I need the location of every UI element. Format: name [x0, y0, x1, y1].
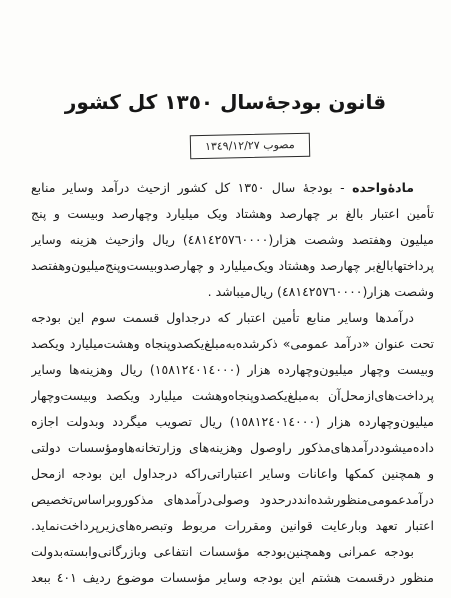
- paragraph: درآمدها وسایر منابع تأمین اعتبار که درجد…: [31, 305, 434, 539]
- text-line: پرداخت‌های‌ازمحل‌آن به‌مبلغ‌یکصدوپنجاه‌و…: [31, 383, 434, 409]
- text-line: مادهٔ‌واحده - بودجهٔ سال ١٣٥٠ کل کشور از…: [31, 175, 434, 201]
- text-line: تحت عنوان «درآمد عمومی» ذکرشده‌به‌مبلغ‌ی…: [31, 331, 434, 357]
- text-line: اعتبار تعهد وبارعایت قوانین ومقررات مربو…: [31, 513, 434, 539]
- text-line: درآمدها وسایر منابع تأمین اعتبار که درجد…: [31, 305, 434, 331]
- text-line: میلیون‌وچهارده هزار (١٥٨١٢٤٠١٤٠٠٠) ریال …: [31, 409, 434, 435]
- text-line: وشصت هزار(٤٨١٤٢٥٧٦٠٠٠٠) ریال‌میباشد .: [31, 279, 434, 305]
- paragraph: مادهٔ‌واحده - بودجهٔ سال ١٣٥٠ کل کشور از…: [31, 175, 434, 305]
- text-line: داده‌میشوددرآمدهای‌مذکور راوصول وهزینه‌ه…: [31, 435, 434, 461]
- text-line: و همچنین کمکها واعانات وسایر اعتباراتی‌ر…: [31, 461, 434, 487]
- document-title: قانون بودجهٔ‌سال ١٣٥٠ کل کشور: [0, 84, 451, 120]
- approval-stamp: مصوب ١٣٤٩/١٢/٢٧: [189, 133, 309, 160]
- text-line: بودجه عمرانی وهمچنین‌بودجه مؤسسات انتفاع…: [31, 539, 434, 565]
- article-lead: مادهٔ‌واحده: [352, 180, 414, 195]
- text-line: منظور درقسمت هشتم این بودجه وسایر مؤسسات…: [31, 565, 434, 591]
- document-body: مادهٔ‌واحده - بودجهٔ سال ١٣٥٠ کل کشور از…: [31, 175, 434, 591]
- approval-stamp-row: مصوب ١٣٤٩/١٢/٢٧: [0, 134, 451, 168]
- text-line: درآمدعمومی‌منظورشده‌انددرحدود وصولی‌درآم…: [31, 487, 434, 513]
- text-line: تأمین اعتبار بالغ بر چهارصد وهشتاد ویک م…: [31, 201, 434, 227]
- text-line: پرداختهابالغ‌بر چهارصد وهشتاد ویک‌میلیار…: [31, 253, 434, 279]
- paragraph: بودجه عمرانی وهمچنین‌بودجه مؤسسات انتفاع…: [31, 539, 434, 591]
- text-line: وبیست وچهار میلیون‌وچهارده هزار (١٥٨١٢٤٠…: [31, 357, 434, 383]
- text-line: میلیون وهفتصد وشصت هزار(٤٨١٤٢٥٧٦٠٠٠٠) ری…: [31, 227, 434, 253]
- scanned-document-page: قانون بودجهٔ‌سال ١٣٥٠ کل کشور مصوب ١٣٤٩/…: [0, 0, 451, 598]
